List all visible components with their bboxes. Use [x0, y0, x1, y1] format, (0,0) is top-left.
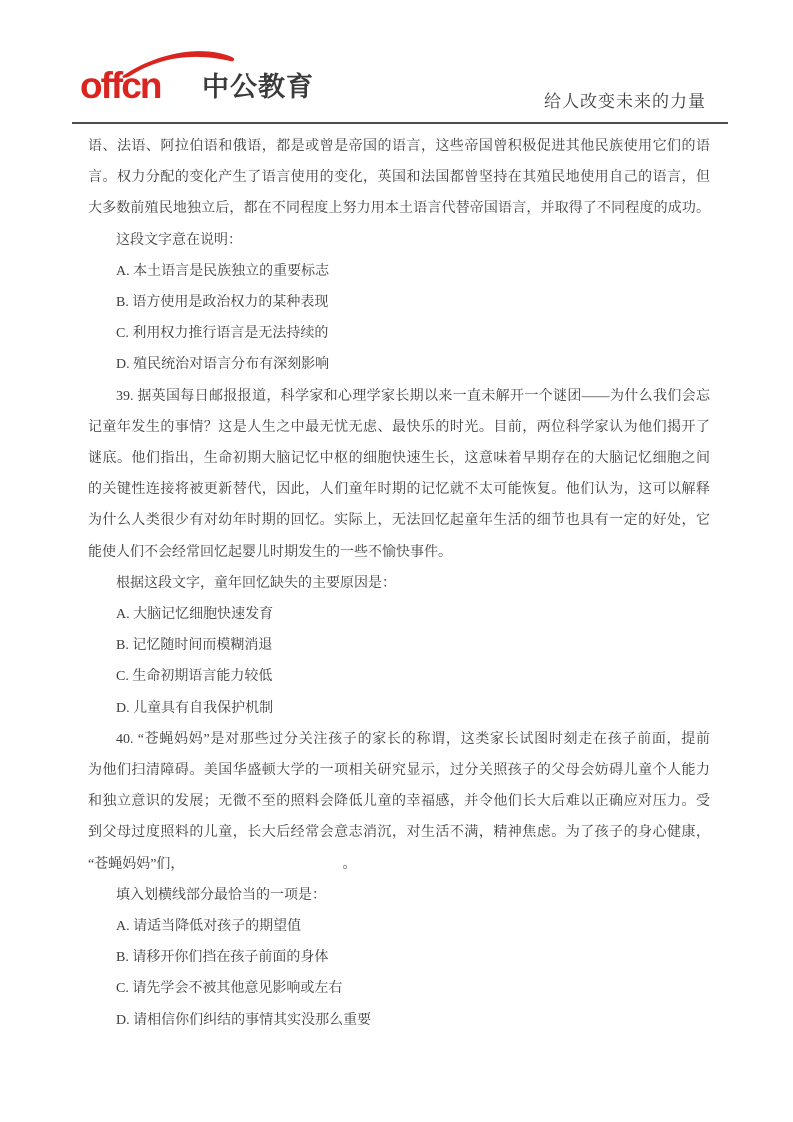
- prompt-line: 填入划横线部分最恰当的一项是：: [88, 880, 710, 911]
- question-start-line: 39. 据英国每日邮报报道，科学家和心理学家长期以来一直未解开一个谜团——为什么…: [88, 381, 710, 412]
- option-line: B. 请移开你们挡在孩子前面的身体: [88, 942, 710, 973]
- option-line: D. 请相信你们纠结的事情其实没那么重要: [88, 1005, 710, 1036]
- body-line: 言。权力分配的变化产生了语言使用的变化，英国和法国都曾坚持在其殖民地使用自己的语…: [88, 162, 710, 193]
- body-line: 的关键性连接将被更新替代，因此，人们童年时期的记忆就不太可能恢复。他们认为，这可…: [88, 474, 710, 505]
- header-divider: [72, 122, 728, 124]
- question-start-line: 40. “苍蝇妈妈”是对那些过分关注孩子的家长的称谓，这类家长试图时刻走在孩子前…: [88, 724, 710, 755]
- body-line: 谜底。他们指出，生命初期大脑记忆中枢的细胞快速生长，这意味着早期存在的大脑记忆细…: [88, 443, 710, 474]
- logo-brand-text: 中公教育: [202, 71, 314, 102]
- prompt-line: 这段文字意在说明：: [88, 225, 710, 256]
- document-content: 语、法语、阿拉伯语和俄语，都是或曾是帝国的语言，这些帝国曾积极促进其他民族使用它…: [88, 131, 710, 1036]
- body-line: 为什么人类很少有对幼年时期的回忆。实际上，无法回忆起童年生活的细节也具有一定的好…: [88, 505, 710, 536]
- document-page: offcn 中公教育 给人改变未来的力量 语、法语、阿拉伯语和俄语，都是或曾是帝…: [0, 0, 793, 1122]
- header-slogan: 给人改变未来的力量: [544, 87, 706, 112]
- body-line: 和独立意识的发展；无微不至的照料会降低儿童的幸福感，并令他们长大后难以正确应对压…: [88, 786, 710, 817]
- header: offcn 中公教育 给人改变未来的力量: [80, 50, 706, 114]
- body-line: 记童年发生的事情？这是人生之中最无忧无虑、最快乐的时光。目前，两位科学家认为他们…: [88, 412, 710, 443]
- body-line: 语、法语、阿拉伯语和俄语，都是或曾是帝国的语言，这些帝国曾积极促进其他民族使用它…: [88, 131, 710, 162]
- offcn-logo: offcn 中公教育: [80, 50, 330, 113]
- option-line: C. 请先学会不被其他意见影响或左右: [88, 973, 710, 1004]
- option-line: B. 记忆随时间而模糊消退: [88, 630, 710, 661]
- body-line: 大多数前殖民地独立后，都在不同程度上努力用本土语言代替帝国语言，并取得了不同程度…: [88, 193, 710, 224]
- option-line: D. 殖民统治对语言分布有深刻影响: [88, 349, 710, 380]
- body-line: 为他们扫清障碍。美国华盛顿大学的一项相关研究显示，过分关照孩子的父母会妨碍儿童个…: [88, 755, 710, 786]
- option-line: C. 利用权力推行语言是无法持续的: [88, 318, 710, 349]
- option-line: B. 语方使用是政治权力的某种表现: [88, 287, 710, 318]
- logo-wordmark: offcn: [80, 65, 161, 106]
- prompt-line: 根据这段文字，童年回忆缺失的主要原因是：: [88, 568, 710, 599]
- body-line: 到父母过度照料的儿童，长大后经常会意志消沉，对生活不满，精神焦虑。为了孩子的身心…: [88, 817, 710, 848]
- offcn-logo-graphic: offcn 中公教育: [80, 50, 330, 108]
- option-line: D. 儿童具有自我保护机制: [88, 693, 710, 724]
- blank-line: “苍蝇妈妈”们，。: [88, 849, 710, 880]
- option-line: A. 本土语言是民族独立的重要标志: [88, 256, 710, 287]
- body-line: 能使人们不会经常回忆起婴儿时期发生的一些不愉快事件。: [88, 537, 710, 568]
- option-line: C. 生命初期语言能力较低: [88, 661, 710, 692]
- option-line: A. 请适当降低对孩子的期望值: [88, 911, 710, 942]
- option-line: A. 大脑记忆细胞快速发育: [88, 599, 710, 630]
